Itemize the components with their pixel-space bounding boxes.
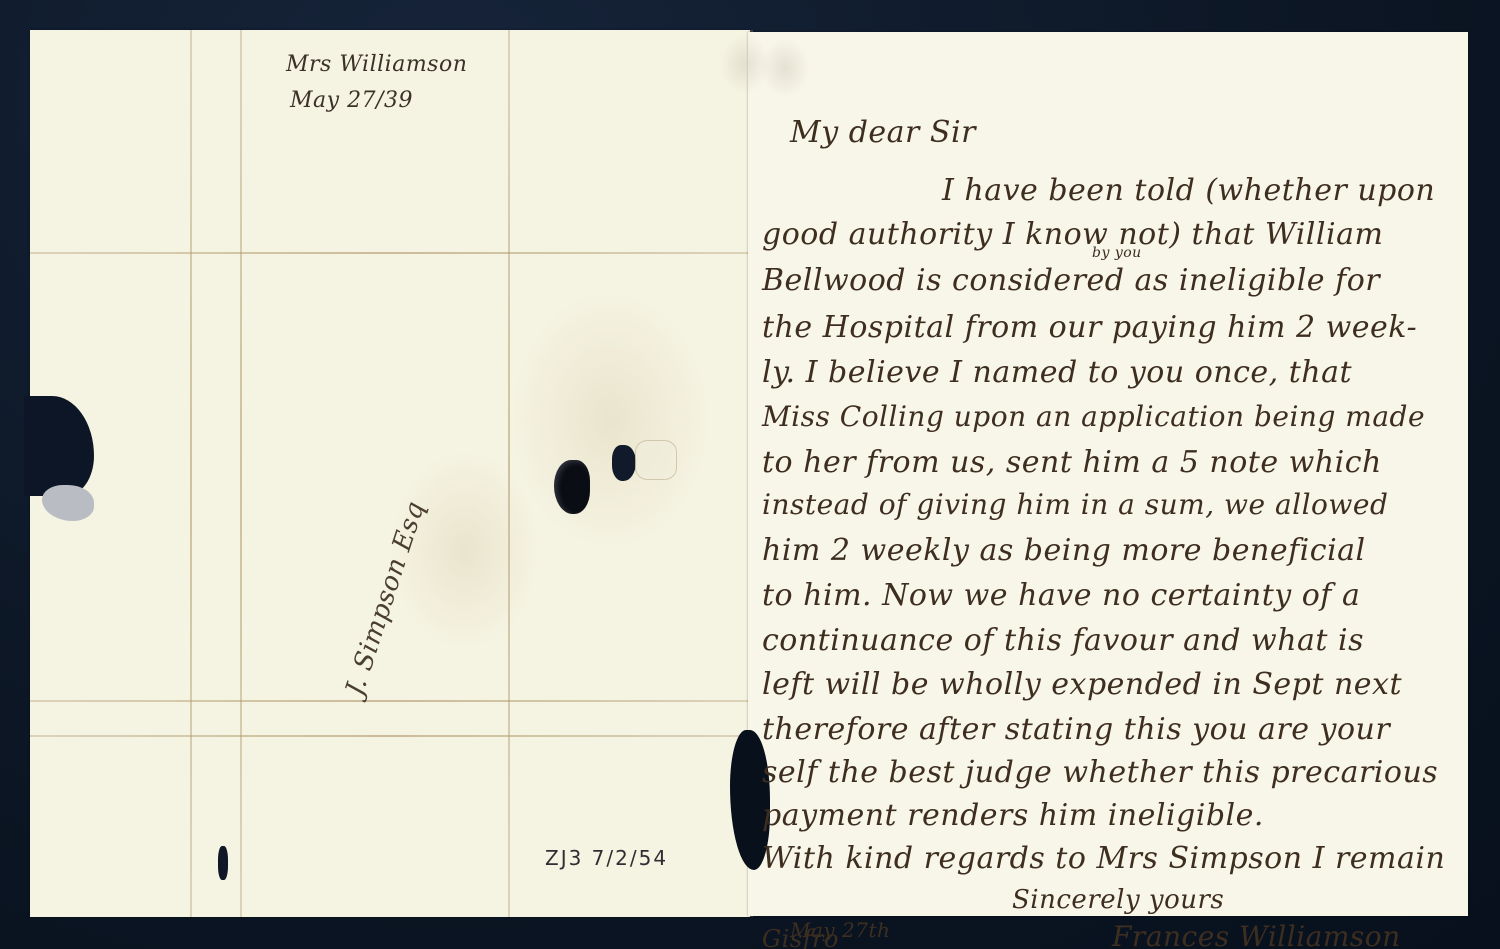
letter-line: him 2 weekly as being more beneficial [762, 533, 1366, 568]
letter-line: ly. I believe I named to you once, that [762, 355, 1352, 390]
letter-line: payment renders him ineligible. [762, 798, 1264, 833]
interlinear-insertion: by you [1092, 245, 1142, 261]
seal-paper-fragment [635, 440, 677, 480]
salutation: My dear Sir [790, 115, 976, 150]
fold-line [190, 30, 192, 917]
fold-line [30, 700, 750, 702]
letter-line: self the best judge whether this precari… [762, 755, 1438, 790]
docket-name: Mrs Williamson [286, 52, 467, 77]
letter-line: left will be wholly expended in Sept nex… [762, 667, 1402, 702]
letter-line: to him. Now we have no certainty of a [762, 578, 1360, 613]
wax-seal [554, 460, 590, 514]
fold-line [30, 735, 750, 737]
letter-body: My dear Sir I have been told (whether up… [762, 115, 1472, 915]
fold-line [240, 30, 242, 917]
letter-line: With kind regards to Mrs Simpson I remai… [762, 841, 1445, 876]
letter-line: Bellwood is considered as ineligible for [762, 263, 1380, 298]
letter-line: good authority I know not) that William [762, 217, 1383, 252]
docket-date: May 27/39 [290, 88, 413, 113]
letter-line: I have been told (whether upon [942, 173, 1435, 208]
torn-hole [218, 846, 228, 880]
letter-date: May 27th [790, 918, 890, 942]
letter-line: instead of giving him in a sum, we allow… [762, 488, 1388, 521]
letter-line: to her from us, sent him a 5 note which [762, 445, 1382, 480]
signature: Frances Williamson [1112, 920, 1401, 949]
fold-line [30, 252, 750, 254]
archive-reference: ZJ3 7/2/54 [545, 846, 668, 870]
closing: Sincerely yours [1012, 885, 1224, 915]
letter-line: the Hospital from our paying him 2 week- [762, 310, 1417, 345]
letter-line: Miss Colling upon an application being m… [762, 400, 1425, 433]
letter-line: continuance of this favour and what is [762, 623, 1364, 658]
letter-line: therefore after stating this you are you… [762, 712, 1390, 747]
watermark [760, 38, 810, 98]
paper-stain [510, 290, 710, 550]
